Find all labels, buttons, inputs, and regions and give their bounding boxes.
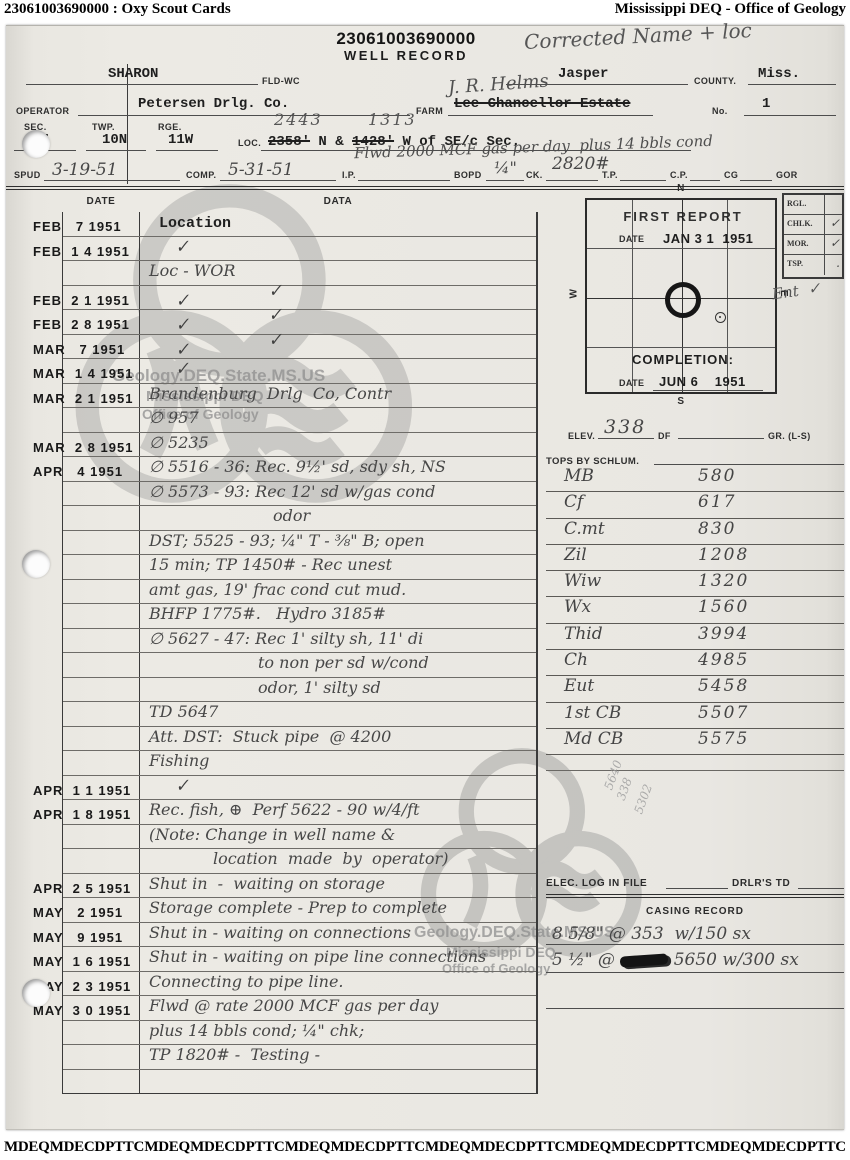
margin-rule xyxy=(127,64,128,184)
state-value: Miss. xyxy=(758,66,800,82)
punch-hole xyxy=(22,130,50,158)
bopd-label: BOPD xyxy=(454,170,482,180)
rule xyxy=(546,180,598,181)
table-row: MAR 2 8 1951∅ 5235 xyxy=(63,433,536,458)
row-text: location made by operator) xyxy=(213,849,448,868)
row-text: Shut in - waiting on pipe line connectio… xyxy=(149,947,486,966)
date-stamp: MAY 3 0 1951 xyxy=(33,1003,193,1018)
date-stamp: FEB 1 4 1951 xyxy=(33,244,193,259)
date-column-header: DATE xyxy=(66,196,136,207)
row-text: to non per sd w/cond xyxy=(258,653,429,672)
registry-stamp-row: MOR.✓ xyxy=(784,235,842,255)
row-text: odor xyxy=(273,506,310,525)
county-value: Jasper xyxy=(558,66,608,82)
table-row: APR 4 1951∅ 5516 - 36: Rec. 9½' sd, sdy … xyxy=(63,457,536,482)
registry-stamp-label: CHLK. xyxy=(787,219,813,228)
page-title: WELL RECORD xyxy=(256,48,556,63)
punch-hole xyxy=(22,979,50,1007)
plat-west-label: W xyxy=(569,288,580,298)
double-rule xyxy=(546,897,844,898)
rge-label: RGE. xyxy=(158,122,182,132)
table-row: FEB 2 1 1951✓ ✓ xyxy=(63,286,536,311)
blotted-out-value xyxy=(620,954,669,968)
pencil-note: 5302 xyxy=(631,782,655,815)
df-label: DF xyxy=(658,431,671,441)
registry-stamp-check: ✓ xyxy=(830,236,840,250)
formation-name: Cf xyxy=(564,492,583,512)
formation-depth: 580 xyxy=(698,466,736,486)
formation-name: MB xyxy=(564,466,594,486)
casing-line-2: 5 ½" @ 5650 w/300 sx xyxy=(552,950,799,970)
rule xyxy=(748,84,836,85)
elev-label: ELEV. xyxy=(568,431,595,441)
formation-name: C.mt xyxy=(564,519,605,539)
formation-name: Eut xyxy=(564,676,594,696)
gor-label: GOR xyxy=(776,170,798,180)
formation-depth: 1208 xyxy=(698,545,749,565)
rge-value: 11W xyxy=(168,132,193,148)
formation-depth: 5575 xyxy=(698,729,749,749)
loc-label: LOC. xyxy=(238,138,261,148)
date-stamp: MAY 1 6 1951 xyxy=(33,954,193,969)
date-stamp: MAR 2 1 1951 xyxy=(33,391,193,406)
date-stamp: MAY 2 3 1951 xyxy=(33,979,193,994)
footer-item: MDEQ xyxy=(285,1139,330,1156)
no-label: No. xyxy=(712,106,728,116)
tops-list: MB580Cf617C.mt830Zil1208Wiw1320Wx1560Thi… xyxy=(546,466,844,755)
table-row: TD 5647 xyxy=(63,702,536,727)
rule xyxy=(26,84,258,85)
rule xyxy=(744,115,836,116)
row-text: Storage complete - Prep to complete xyxy=(149,898,447,917)
footer-item: PTTC xyxy=(386,1139,425,1156)
row-text: plus 14 bbls cond; ¼" chk; xyxy=(149,1021,364,1040)
formation-name: Wx xyxy=(564,597,591,617)
gr-label: GR. (L-S) xyxy=(768,431,811,441)
date-stamp: FEB 2 1 1951 xyxy=(33,293,193,308)
row-text: ✓ xyxy=(174,775,194,797)
registry-stamp-label: MOR. xyxy=(787,239,809,248)
table-row: ∅ 957 xyxy=(63,408,536,433)
row-text: ∅ 5573 - 93: Rec 12' sd w/gas cond xyxy=(149,482,435,501)
date-stamp: MAR 1 4 1951 xyxy=(33,366,193,381)
well-location-symbol xyxy=(665,282,701,318)
footer-item: MDECD xyxy=(751,1139,806,1156)
table-row: APR 1 8 1951Rec. fish, ⊕ Perf 5622 - 90 … xyxy=(63,800,536,825)
date-stamp: MAR 7 1951 xyxy=(33,342,193,357)
registry-stamp-row: RGL. xyxy=(784,195,842,215)
registry-stamp-row: CHLK.✓ xyxy=(784,215,842,235)
date-stamp: APR 1 8 1951 xyxy=(33,807,193,822)
row-text: ✓ xyxy=(174,236,194,258)
plat-grid-line xyxy=(587,347,775,348)
ck-label: CK. xyxy=(526,170,543,180)
farm-handwritten: J. R. Helms xyxy=(447,71,549,99)
twp-label: TWP. xyxy=(92,122,115,132)
well-record-card: Geology.DEQ.State.MS.US Mississippi DEQ … xyxy=(6,25,844,1130)
casing-line-2-post: 5650 w/300 sx xyxy=(668,950,799,970)
comp-label: COMP. xyxy=(186,170,216,180)
loc-dist-n: 2358' xyxy=(268,134,310,150)
rule xyxy=(798,888,844,889)
table-row: BHFP 1775#. Hydro 3185# xyxy=(63,604,536,629)
table-row: Loc - WOR xyxy=(63,261,536,286)
spud-value: 3-19-51 xyxy=(52,160,118,180)
rule xyxy=(653,390,763,391)
table-row: FEB 2 8 1951✓ ✓ xyxy=(63,310,536,335)
date-stamp: APR 4 1951 xyxy=(33,464,193,479)
formation-name: Zil xyxy=(564,545,587,565)
date-stamp: FEB 7 1951 xyxy=(33,219,193,234)
table-row: FEB 1 4 1951✓ xyxy=(63,237,536,262)
loc-correction-n: 2443 xyxy=(274,110,323,129)
formation-depth: 5507 xyxy=(698,703,749,723)
plat-north-label: N xyxy=(585,183,777,194)
ck-value: 2820# xyxy=(552,154,610,174)
formation-top-row: Md CB5575 xyxy=(546,729,844,755)
formation-top-row: MB580 xyxy=(546,466,844,492)
operator-label: OPERATOR xyxy=(16,106,69,116)
data-column-header: DATA xyxy=(238,196,438,207)
rule xyxy=(678,438,764,439)
bopd-value: ¼" xyxy=(494,158,517,177)
date-stamp: MAR 2 8 1951 xyxy=(33,440,193,455)
viewer-header-left: 23061003690000 : Oxy Scout Cards xyxy=(4,1,231,18)
row-text: ∅ 957 xyxy=(149,408,199,427)
row-text: ∅ 5516 - 36: Rec. 9½' sd, sdy sh, NS xyxy=(149,457,446,476)
table-row: ∅ 5627 - 47: Rec 1' silty sh, 11' di xyxy=(63,629,536,654)
well-number: 1 xyxy=(762,96,770,112)
formation-top-row: C.mt830 xyxy=(546,519,844,545)
rule xyxy=(690,180,720,181)
row-text: amt gas, 19' frac cond cut mud. xyxy=(149,580,406,599)
row-text: ∅ 5627 - 47: Rec 1' silty sh, 11' di xyxy=(149,629,423,648)
farm-label: FARM xyxy=(416,106,443,116)
rule xyxy=(740,180,772,181)
formation-depth: 830 xyxy=(698,519,736,539)
footer-item: MDECD xyxy=(330,1139,385,1156)
plat-map: FIRST REPORT DATE JAN 3 1 1951 COMPLETIO… xyxy=(585,198,777,394)
date-stamp: FEB 2 8 1951 xyxy=(33,317,193,332)
operator-value: Petersen Drlg. Co. xyxy=(138,96,289,112)
row-text: 15 min; TP 1450# - Rec unest xyxy=(149,555,392,574)
table-row: MAR 1 4 1951✓ xyxy=(63,359,536,384)
formation-name: Thid xyxy=(564,624,603,644)
completion-stamp: COMPLETION: xyxy=(587,352,779,367)
formation-depth: 5458 xyxy=(698,676,749,696)
table-row xyxy=(63,1070,536,1095)
rule xyxy=(546,1008,844,1009)
twp-value: 10N xyxy=(102,132,127,148)
footer-item: MDEQ xyxy=(144,1139,189,1156)
row-text: Loc - WOR xyxy=(149,261,235,280)
table-row: APR 2 5 1951Shut in - waiting on storage xyxy=(63,874,536,899)
footer-item: MDECD xyxy=(50,1139,105,1156)
formation-name: Md CB xyxy=(564,729,623,749)
rule xyxy=(546,944,844,945)
rule xyxy=(220,180,336,181)
casing-line-1: 8 5/8" @ 353 w/150 sx xyxy=(552,924,751,944)
footer-item: PTTC xyxy=(667,1139,706,1156)
rule xyxy=(358,180,450,181)
loc-correction-w: 1313 xyxy=(368,110,417,129)
rule xyxy=(486,180,524,181)
rule xyxy=(546,972,844,973)
cp-label: C.P. xyxy=(670,170,688,180)
rule xyxy=(620,180,666,181)
registry-stamp-row: TSP.. xyxy=(784,255,842,275)
cg-label: CG xyxy=(724,170,738,180)
comp-value: 5-31-51 xyxy=(228,160,294,180)
table-row: odor, 1' silty sd xyxy=(63,678,536,703)
elev-value: 338 xyxy=(604,416,646,438)
footer-item: MDECD xyxy=(611,1139,666,1156)
farm-struck-value: Lee Chancellor Estate xyxy=(454,96,630,112)
footer-item: PTTC xyxy=(246,1139,285,1156)
formation-top-row: Thid3994 xyxy=(546,624,844,650)
formation-name: Ch xyxy=(564,650,588,670)
formation-top-row: Wiw1320 xyxy=(546,571,844,597)
registry-stamp-check: ✓ xyxy=(830,216,840,230)
registry-note: Ent ✓ xyxy=(771,279,822,304)
row-text: odor, 1' silty sd xyxy=(258,678,381,697)
formation-depth: 3994 xyxy=(698,624,749,644)
footer-item: MDEQ xyxy=(565,1139,610,1156)
completion-date: JUN 6 1951 xyxy=(659,374,746,389)
well-record-table: FEB 7 1951LocationFEB 1 4 1951✓Loc - WOR… xyxy=(62,212,538,1094)
elec-log-label: ELEC. LOG IN FILE xyxy=(546,878,647,889)
rule xyxy=(598,438,654,439)
formation-name: Wiw xyxy=(564,571,601,591)
row-text: TD 5647 xyxy=(149,702,218,721)
rule xyxy=(546,770,844,771)
table-row: odor xyxy=(63,506,536,531)
rule xyxy=(44,180,180,181)
fld-wc-label: FLD-WC xyxy=(262,76,300,86)
double-rule xyxy=(546,894,844,895)
row-text: DST; 5525 - 93; ¼" T - ⅜" B; open xyxy=(149,531,425,550)
punch-hole xyxy=(22,550,50,578)
formation-depth: 1560 xyxy=(698,597,749,617)
footer-item: PTTC xyxy=(526,1139,565,1156)
offset-well-symbol xyxy=(715,312,726,323)
table-row: MAY 2 1951Storage complete - Prep to com… xyxy=(63,898,536,923)
table-row: Att. DST: Stuck pipe @ 4200 xyxy=(63,727,536,752)
table-row: APR 1 1 1951✓ xyxy=(63,776,536,801)
casing-record-label: CASING RECORD xyxy=(546,906,844,917)
first-report-date-label: DATE xyxy=(619,234,644,244)
date-stamp: APR 1 1 1951 xyxy=(33,783,193,798)
rule xyxy=(86,150,146,151)
table-row: MAY 2 3 1951Connecting to pipe line. xyxy=(63,972,536,997)
drlrs-td-label: DRLR'S TD xyxy=(732,878,790,889)
rule xyxy=(448,115,653,116)
registry-stamp-label: RGL. xyxy=(787,199,806,208)
table-row: MAR 2 1 1951Brandenburg Drlg Co, Contr xyxy=(63,384,536,409)
footer-item: MDEQ xyxy=(425,1139,470,1156)
first-report-date: JAN 3 1 1951 xyxy=(663,231,753,246)
table-row: ∅ 5573 - 93: Rec 12' sd w/gas cond xyxy=(63,482,536,507)
plat-grid-line xyxy=(587,248,775,249)
table-row: (Note: Change in well name & xyxy=(63,825,536,850)
date-stamp: MAY 2 1951 xyxy=(33,905,193,920)
county-label: COUNTY. xyxy=(694,76,736,86)
formation-name: 1st CB xyxy=(564,703,621,723)
registry-stamp-check: . xyxy=(836,256,840,270)
row-text: Fishing xyxy=(149,751,209,770)
formation-depth: 1320 xyxy=(698,571,749,591)
footer-item: PTTC xyxy=(807,1139,846,1156)
table-row: Fishing xyxy=(63,751,536,776)
footer-item: PTTC xyxy=(105,1139,144,1156)
formation-top-row: Ch4985 xyxy=(546,650,844,676)
table-row: 15 min; TP 1450# - Rec unest xyxy=(63,555,536,580)
row-text: BHFP 1775#. Hydro 3185# xyxy=(149,604,386,623)
loc-mid: N & xyxy=(310,134,352,150)
table-row: DST; 5525 - 93; ¼" T - ⅜" B; open xyxy=(63,531,536,556)
footer-item: MDEQ xyxy=(4,1139,49,1156)
formation-top-row: Eut5458 xyxy=(546,676,844,702)
completion-date-label: DATE xyxy=(619,378,644,388)
field-name: SHARON xyxy=(108,66,158,82)
footer-item: MDECD xyxy=(471,1139,526,1156)
table-row: to non per sd w/cond xyxy=(63,653,536,678)
casing-line-2-pre: 5 ½" @ xyxy=(552,950,620,970)
formation-top-row: 1st CB5507 xyxy=(546,703,844,729)
rule xyxy=(666,888,728,889)
table-row: location made by operator) xyxy=(63,849,536,874)
formation-top-row: Wx1560 xyxy=(546,597,844,623)
table-row: MAY 3 0 1951Flwd @ rate 2000 MCF gas per… xyxy=(63,996,536,1021)
footer-item: MDEQ xyxy=(706,1139,751,1156)
rule xyxy=(654,464,844,465)
table-row: MAY 9 1951Shut in - waiting on connectio… xyxy=(63,923,536,948)
formation-top-row: Cf617 xyxy=(546,492,844,518)
spud-label: SPUD xyxy=(14,170,41,180)
row-text: Att. DST: Stuck pipe @ 4200 xyxy=(149,727,391,746)
viewer-header-right: Mississippi DEQ - Office of Geology xyxy=(615,1,846,18)
table-row: plus 14 bbls cond; ¼" chk; xyxy=(63,1021,536,1046)
date-stamp: MAY 9 1951 xyxy=(33,930,193,945)
formation-depth: 4985 xyxy=(698,650,749,670)
date-stamp: APR 2 5 1951 xyxy=(33,881,193,896)
plat-south-label: S xyxy=(585,396,777,407)
viewer-footer: MDEQMDECDPTTCMDEQMDECDPTTCMDEQMDECDPTTCM… xyxy=(0,1134,850,1160)
table-row: MAY 1 6 1951Shut in - waiting on pipe li… xyxy=(63,947,536,972)
table-row: amt gas, 19' frac cond cut mud. xyxy=(63,580,536,605)
formation-depth: 617 xyxy=(698,492,736,512)
tp-label: T.P. xyxy=(602,170,618,180)
ip-label: I.P. xyxy=(342,170,356,180)
footer-item: MDECD xyxy=(190,1139,245,1156)
table-row: MAR 7 1951✓ ✓ xyxy=(63,335,536,360)
table-row: FEB 7 1951Location xyxy=(63,212,536,237)
first-report-stamp: FIRST REPORT xyxy=(587,209,779,224)
rule xyxy=(156,150,218,151)
rule xyxy=(78,115,410,116)
api-number: 23061003690000 xyxy=(256,29,556,49)
row-text: ✓ xyxy=(174,358,194,380)
registry-stamp: RGL.CHLK.✓MOR.✓TSP.. xyxy=(782,193,844,279)
table-row: TP 1820# - Testing - xyxy=(63,1045,536,1070)
row-text: TP 1820# - Testing - xyxy=(149,1045,320,1064)
formation-top-row: Zil1208 xyxy=(546,545,844,571)
row-text: (Note: Change in well name & xyxy=(149,825,395,844)
registry-stamp-label: TSP. xyxy=(787,259,803,268)
